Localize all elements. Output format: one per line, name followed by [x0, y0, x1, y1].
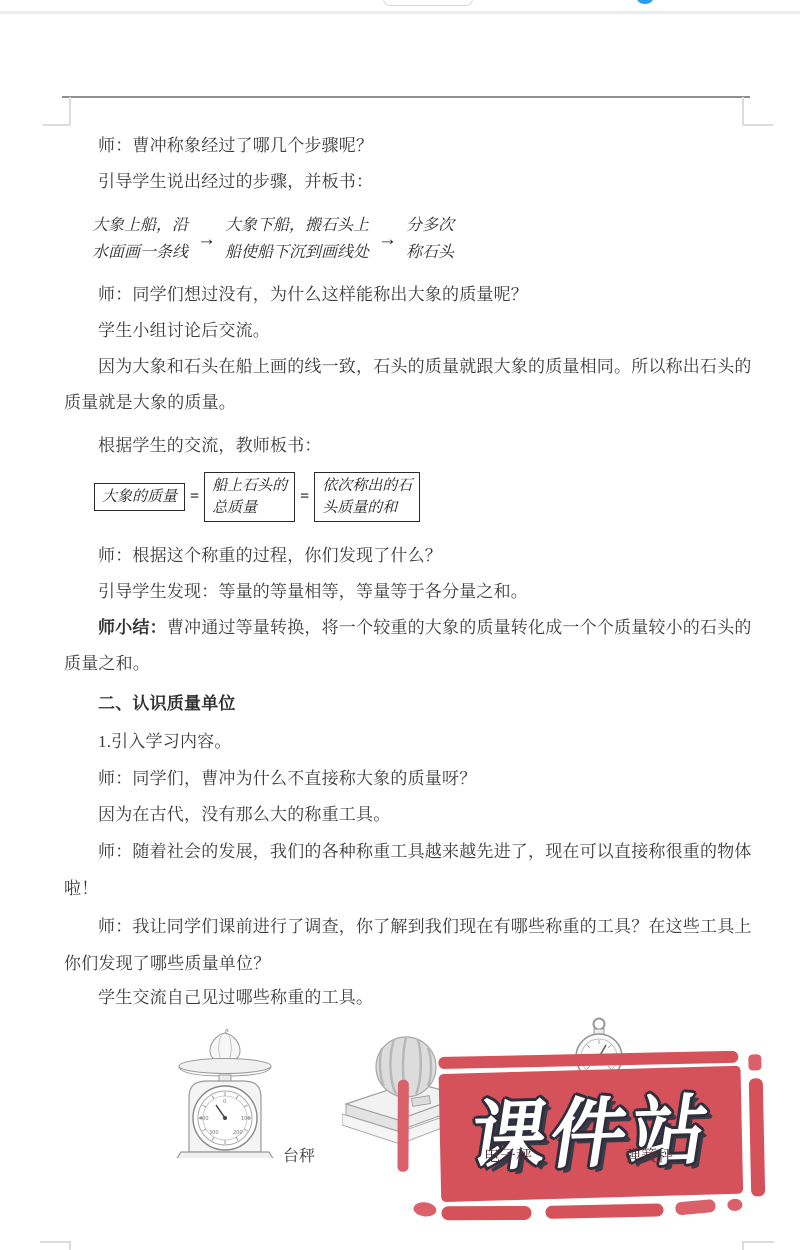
- paragraph-line: 学生交流自己见过哪些称重的工具。: [64, 988, 788, 1008]
- crop-mark-top-right-v: [742, 97, 744, 125]
- svg-text:300: 300: [209, 1130, 219, 1136]
- arrow-right-icon: →: [197, 226, 216, 253]
- avatar-partial-icon[interactable]: [637, 0, 653, 4]
- paragraph-line: 质量就是大象的质量。: [64, 393, 754, 413]
- paragraph-line: 引导学生说出经过的步骤，并板书：: [64, 172, 788, 192]
- blackboard-equation: 大象的质量 = 船上石头的总质量 = 依次称出的石头质量的和: [94, 472, 420, 522]
- caption-electronic-scale: 电子秤: [484, 1143, 532, 1166]
- flow-step-1: 大象上船，沿水面画一条线: [92, 212, 188, 266]
- equation-box-elephant: 大象的质量: [94, 483, 185, 511]
- paragraph-line: 师：根据这个称重的过程，你们发现了什么？: [64, 546, 788, 566]
- paragraph-line: 你们发现了哪些质量单位？: [64, 954, 754, 974]
- equation-box-stones-total: 船上石头的总质量: [204, 472, 295, 522]
- stamp-border-right-b: [749, 1078, 765, 1196]
- stamp-border-left: [397, 1080, 408, 1172]
- svg-text:400: 400: [199, 1116, 209, 1122]
- watermark-stamp: 课件站: [392, 1048, 778, 1232]
- stamp-border-bottom-3: [675, 1199, 716, 1216]
- stamp-border-dot: [727, 1199, 742, 1211]
- equation-box-stones-sum: 依次称出的石头质量的和: [314, 472, 420, 522]
- paragraph-line: 引导学生发现：等量的等量相等，等量等于各分量之和。: [64, 582, 788, 602]
- paragraph-line: 质量之和。: [64, 654, 754, 674]
- arrow-right-icon: →: [378, 226, 397, 253]
- paragraph-line: 因为大象和石头在船上画的线一致，石头的质量就跟大象的质量相同。所以称出石头的: [64, 357, 788, 377]
- paragraph-line: 师小结：曹冲通过等量转换，将一个较重的大象的质量转化成一个个质量较小的石头的: [64, 618, 788, 638]
- blackboard-flow: 大象上船，沿水面画一条线 → 大象下船，搬石头上船使船下沉到画线处 → 分多次称…: [92, 212, 454, 266]
- toolbar-divider: [0, 11, 800, 14]
- equals-sign: =: [190, 486, 199, 508]
- page-top-edge: [62, 96, 750, 98]
- svg-text:200: 200: [233, 1130, 243, 1136]
- crop-mark-top-right-h: [742, 124, 773, 126]
- paragraph-line: 根据学生的交流，教师板书：: [64, 436, 788, 456]
- paragraph-line: 师：同学们想过没有，为什么这样能称出大象的质量呢？: [64, 285, 788, 305]
- section-heading: 二、认识质量单位: [64, 694, 788, 714]
- crop-mark-top-left-h: [43, 124, 70, 126]
- svg-text:100: 100: [241, 1116, 251, 1122]
- crop-mark-bottom-left-h: [40, 1241, 70, 1243]
- paragraph-line: 师：同学们，曹冲为什么不直接称大象的质量呀？: [64, 769, 788, 789]
- crop-mark-bottom-right-h: [742, 1241, 774, 1243]
- caption-spring-scale: 弹簧秤: [625, 1143, 673, 1166]
- flow-step-2: 大象下船，搬石头上船使船下沉到画线处: [225, 212, 369, 266]
- equals-sign: =: [300, 486, 309, 508]
- stamp-border-right-a: [748, 1054, 761, 1070]
- paragraph-line: 因为在古代，没有那么大的称重工具。: [64, 805, 788, 825]
- paragraph-line: 啦！: [64, 879, 754, 899]
- paragraph-line: 师：我让同学们课前进行了调查，你了解到我们现在有哪些称重的工具？在这些工具上: [64, 917, 788, 937]
- stamp-border-dot: [413, 1201, 437, 1218]
- crop-mark-top-left-v: [69, 97, 71, 125]
- stamp-body: 课件站: [439, 1066, 744, 1202]
- paragraph-line: 学生小组讨论后交流。: [64, 321, 788, 341]
- caption-platform-scale: 台秤: [283, 1143, 315, 1166]
- stamp-border-bottom-2: [545, 1203, 663, 1218]
- paragraph-line: 1.引入学习内容。: [64, 732, 788, 752]
- crop-mark-bottom-left-v: [69, 1241, 71, 1250]
- stamp-border-bottom-1: [441, 1206, 531, 1220]
- toolbar-partial-control[interactable]: [383, 0, 473, 6]
- crop-mark-bottom-right-v: [742, 1241, 744, 1250]
- svg-text:0: 0: [223, 1099, 226, 1105]
- flow-step-3: 分多次称石头: [406, 212, 454, 266]
- platform-scale-illustration: 0 100 200 300 400: [165, 1026, 285, 1163]
- paragraph-line: 师：随着社会的发展，我们的各种称重工具越来越先进了，现在可以直接称很重的物体: [64, 842, 788, 862]
- paragraph-line: 师：曹冲称象经过了哪几个步骤呢？: [64, 136, 788, 156]
